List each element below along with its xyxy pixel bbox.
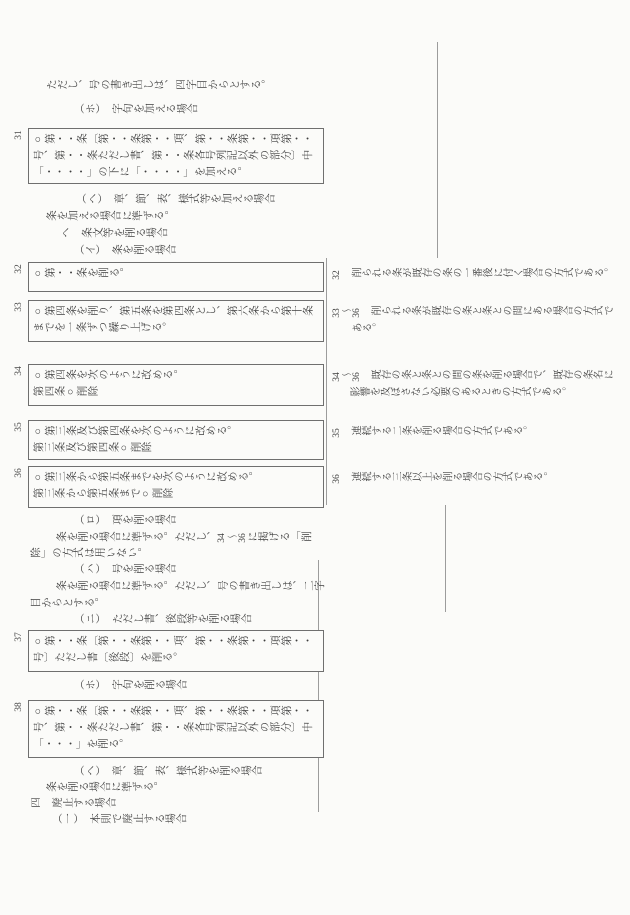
note-36-text: 連続する三条以上を削る場合の方式である。 (342, 473, 554, 484)
section-divider-rule-notes (326, 258, 327, 505)
subitem-ho-delete-phrase: （ホ） 字句を削る場合 (74, 678, 187, 694)
subitem-ha-delete-item: （ハ） 号を削る場合 (74, 562, 176, 578)
body-ha-delete-line1: 条を削る場合に準ずる。ただし、号の書き出しは、二字 (56, 579, 325, 595)
example-number-38: 38 (14, 702, 24, 712)
example-37-line-2: 号〕ただし書〔後段〕を削る。 (33, 651, 319, 668)
example-31-line-2: 号、第・・条ただし書、第・・条各号列記以外の部分〕中 (33, 149, 319, 166)
body-junzuru-add: 条を加える場合に準ずる。 (46, 209, 175, 225)
subitem-ro-delete-paragraph: （ロ） 項を削る場合 (74, 513, 176, 529)
note-34-line-2: 影響を及ぼさない必要のあるときの方式である。 (350, 386, 572, 402)
example-box-31: ○第・・条〔第・・条第・・項、第・・条第・・項第・・ 号、第・・条ただし書、第・… (28, 128, 324, 184)
section-divider-rule-bottom (318, 560, 319, 812)
example-number-37: 37 (14, 632, 24, 642)
example-number-33: 33 (14, 302, 24, 312)
example-34-line-2: 第四条○削除 (33, 385, 319, 402)
example-number-31: 31 (14, 130, 24, 140)
note-34-number-start: 34 (332, 372, 342, 382)
example-31-line-3: 「・・・・」の下に「・・・・」を加える。 (33, 165, 319, 182)
body-ro-delete-line1: 条を削る場合に準ずる。ただし、34〜36に掲げる「削 (56, 530, 312, 546)
range-start-number: 34 (217, 533, 227, 543)
note-34-text: 既存の条と条との間の条を削る場合で、既存の条名に (361, 371, 614, 382)
rotated-sheet: ただし、号の書き出しは、四字目からとする。 （ホ） 字句を加える場合 （ヘ） 章… (0, 0, 630, 915)
example-number-34: 34 (14, 366, 24, 376)
example-box-32: ○第・・条を削る。 (28, 262, 324, 292)
example-box-36: ○第三条から第五条までを次のように改める。 第三条から第五条まで○削除 (28, 466, 324, 508)
note-33-text: 削られる条が既存の条と条との間にある場合の方式で (361, 307, 614, 318)
example-36-line-2: 第三条から第五条まで○削除 (33, 487, 319, 504)
note-36: 36 連続する三条以上を削る場合の方式である。 (332, 471, 554, 487)
note-36-number: 36 (332, 474, 342, 484)
example-36-line-1: ○第三条から第五条までを次のように改める。 (33, 470, 319, 487)
body-ha-delete-line2: 目からとする。 (30, 596, 105, 612)
range-wave-dash: 〜 (227, 532, 238, 543)
note-34-line-1: 34〜36 既存の条と条との間の条を削る場合で、既存の条名に (332, 369, 614, 385)
note-35-text: 連続する二条を削る場合の方式である。 (342, 427, 534, 438)
subitem-ni-delete-proviso: （ニ） ただし書、後段等を削る場合 (74, 612, 252, 628)
note-35: 35 連続する二条を削る場合の方式である。 (332, 425, 533, 441)
subitem-he-add-chapters: （ヘ） 章、節、表、様式等を加える場合 (76, 192, 275, 208)
example-33-line-1: ○第四条を削り、第五条を第四条とし、第六条から第十条 (33, 304, 319, 321)
example-32-line-1: ○第・・条を削る。 (33, 266, 319, 283)
example-number-36: 36 (14, 468, 24, 478)
heading-he-delete-provisions: ヘ 条文等を削る場合 (60, 226, 168, 242)
example-box-38: ○第・・条〔第・・条第・・項、第・・条第・・項第・・ 号、第・・条ただし書、第・… (28, 700, 324, 758)
example-box-35: ○第三条及び第四条を次のように改める。 第三条及び第四条○削除 (28, 420, 324, 460)
note-32-number: 32 (332, 270, 342, 280)
example-34-line-1: ○第四条を次のように改める。 (33, 368, 319, 385)
range-end-number: 36 (238, 533, 248, 543)
heading-yon-repeal: 四 廃止する場合 (30, 796, 116, 812)
note-32: 32 削られる条が既存の条の一番後に付く場合の方式である。 (332, 267, 614, 283)
example-35-line-1: ○第三条及び第四条を次のように改める。 (33, 424, 319, 441)
scanned-document-page: ただし、号の書き出しは、四字目からとする。 （ホ） 字句を加える場合 （ヘ） 章… (0, 0, 630, 915)
note-32-text: 削られる条が既存の条の一番後に付く場合の方式である。 (342, 269, 615, 280)
body-ro-post: に掲げる「削 (247, 532, 312, 543)
subitem-i-delete-article: （イ） 条を削る場合 (74, 243, 176, 259)
subitem-ichi-repeal-main: （一） 本則で廃止する場合 (52, 812, 187, 828)
subitem-he-delete-chapters: （ヘ） 章、節、表、様式等を削る場合 (74, 764, 262, 780)
example-33-line-2: までを一条ずつ繰り上げる。 (33, 321, 319, 338)
section-divider-rule-middle (445, 505, 446, 612)
example-31-line-1: ○第・・条〔第・・条第・・項、第・・条第・・項第・・ (33, 132, 319, 149)
section-divider-rule-top (437, 42, 438, 258)
example-38-line-2: 号、第・・条ただし書、第・・条各号列記以外の部分〕中 (33, 721, 319, 738)
example-37-line-1: ○第・・条〔第・・条第・・項、第・・条第・・項第・・ (33, 634, 319, 651)
example-box-37: ○第・・条〔第・・条第・・項、第・・条第・・項第・・ 号〕ただし書〔後段〕を削る… (28, 630, 324, 672)
subitem-ho-add-phrase: （ホ） 字句を加える場合 (74, 102, 198, 118)
note-34-wave-dash: 〜 (342, 371, 352, 382)
note-33-number-start: 33 (332, 308, 342, 318)
example-box-34: ○第四条を次のように改める。 第四条○削除 (28, 364, 324, 406)
body-junzuru-delete: 条を削る場合に準ずる。 (46, 780, 164, 796)
note-33-line-1: 33〜36 削られる条が既存の条と条との間にある場合の方式で (332, 305, 614, 321)
example-box-33: ○第四条を削り、第五条を第四条とし、第六条から第十条 までを一条ずつ繰り上げる。 (28, 300, 324, 342)
example-35-line-2: 第三条及び第四条○削除 (33, 441, 319, 458)
body-ro-pre: 条を削る場合に準ずる。ただし、 (56, 532, 217, 543)
example-38-line-1: ○第・・条〔第・・条第・・項、第・・条第・・項第・・ (33, 704, 319, 721)
body-ro-delete-line2: 除」の方式は用いない。 (30, 546, 148, 562)
continuation-note-line: ただし、号の書き出しは、四字目からとする。 (46, 78, 272, 94)
note-33-number-end: 36 (352, 308, 362, 318)
note-34-number-end: 36 (352, 372, 362, 382)
note-33-wave-dash: 〜 (342, 307, 352, 318)
example-number-35: 35 (14, 422, 24, 432)
example-38-line-3: 「・・・」を削る。 (33, 737, 319, 754)
example-number-32: 32 (14, 264, 24, 274)
note-33-line-2: ある。 (352, 322, 382, 338)
note-35-number: 35 (332, 428, 342, 438)
